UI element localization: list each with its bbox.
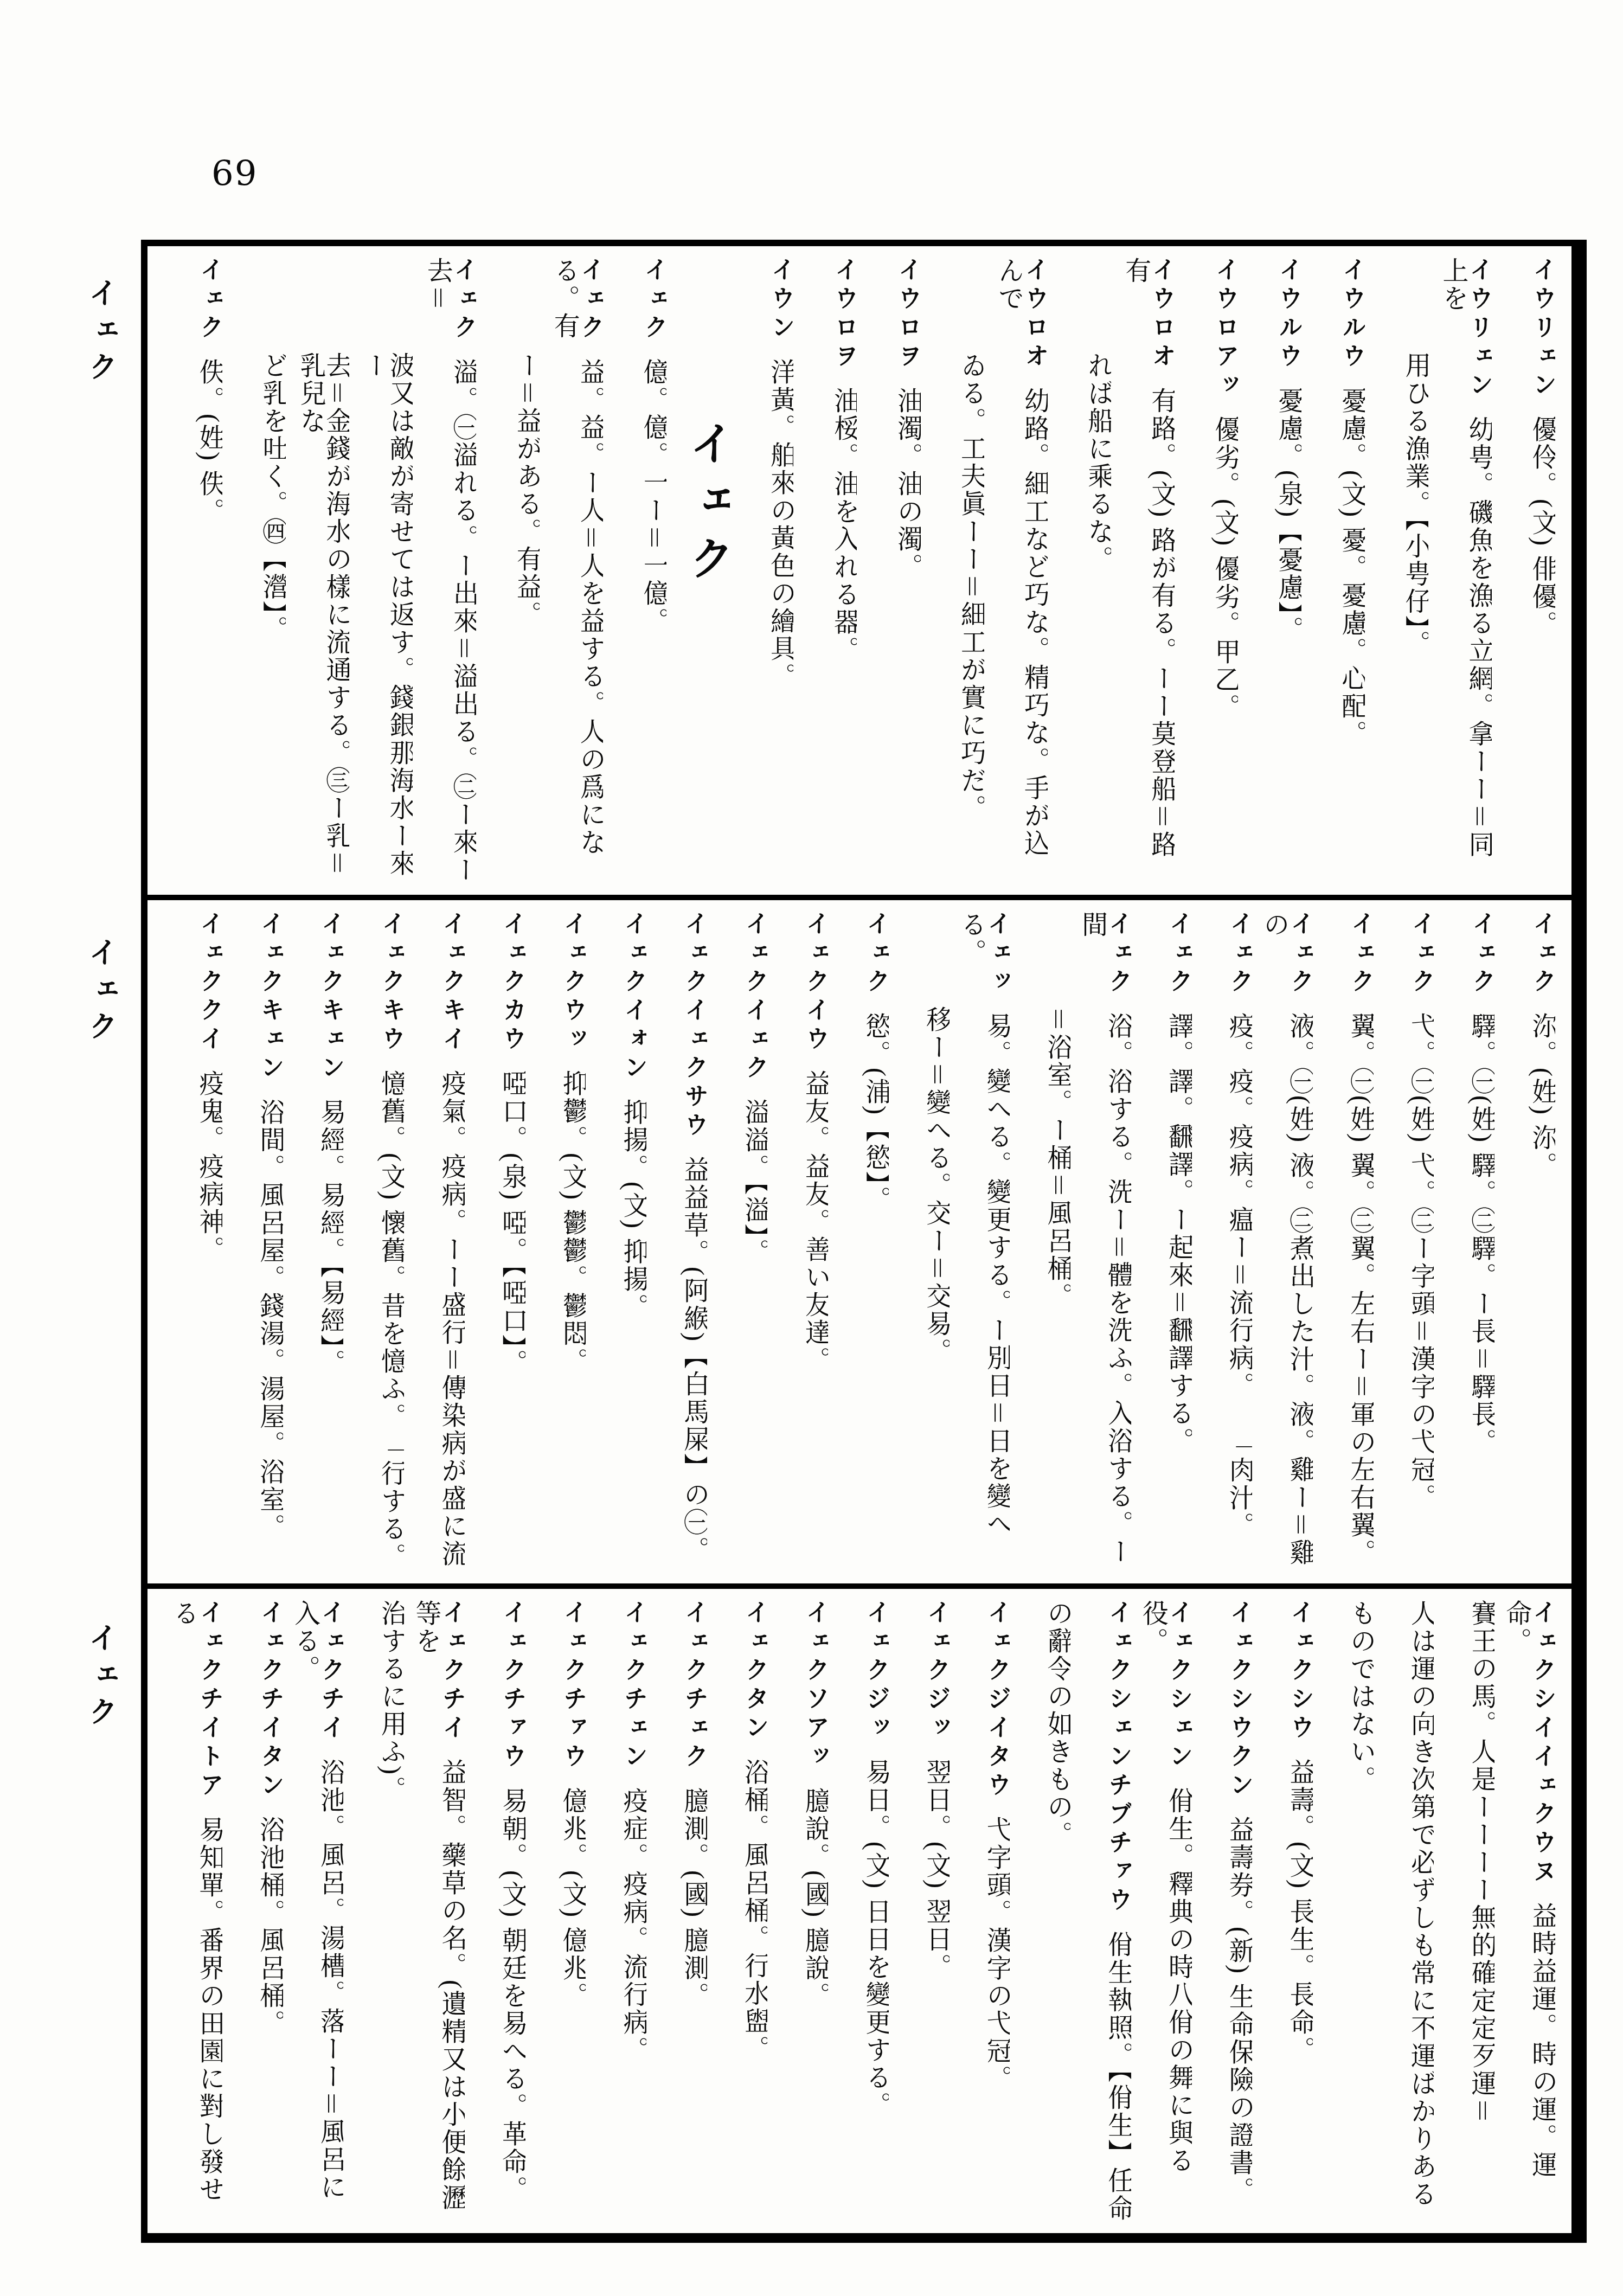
dictionary-column: イウリェン優伶。(文) 俳優。: [1497, 257, 1555, 884]
entry-body: 益壽券。(新) 生命保險の證書。: [1225, 1816, 1252, 2204]
dictionary-column: イェクウッ抑鬱。(文) 鬱鬱。鬱悶。: [527, 911, 586, 1573]
dictionary-column: イェクチァウ易朝。(文) 朝廷を易へる。革命。: [467, 1600, 525, 2222]
entry-headword: イェクイウ: [803, 911, 827, 1055]
band-top: イウリェン優伶。(文) 俳優。イウリェン幼甹。磯魚を漁る立網。拿ーー＝同上を用ひ…: [147, 246, 1571, 895]
dictionary-column: イウリェン幼甹。磯魚を漁る立網。拿ーー＝同上を: [1433, 257, 1492, 884]
dictionary-page: 69 イェク イェク イェク イウリェン優伶。(文) 俳優。イウリェン幼甹。磯魚…: [0, 0, 1623, 2296]
entry-headword: イェクキイ: [440, 911, 464, 1055]
entry-headword: イウロヲ: [832, 257, 856, 372]
dictionary-column: イェクキェン易經。易經。【易經】。: [285, 911, 343, 1573]
dictionary-column: イェク弋。㊀(姓) 弋。㊁ー字頭＝漢字の弋冠。: [1375, 911, 1434, 1573]
entry-headword: イェクチェン: [621, 1600, 645, 1772]
entry-headword: イェクシェンチブチァウ: [1106, 1600, 1130, 1916]
entry-body: 浴間。風呂屋。錢湯。湯屋。浴室。: [256, 1099, 283, 1541]
dictionary-column: ゐる。工夫眞ーー＝細工が實に巧だ。: [926, 257, 984, 884]
entry-headword: イェクキウ: [379, 911, 403, 1055]
entry-body: 油濁。油の濁。: [894, 387, 921, 581]
entry-body: 用ひる漁業。【小甹仔】。: [1401, 352, 1428, 658]
entry-headword: イウロアッ: [1213, 257, 1237, 401]
dictionary-column: イェクチァウ億兆。(文) 億兆。: [527, 1600, 586, 2222]
entry-body: 易。變へる。變更する。ー別日＝日を變へる。: [957, 911, 1010, 1538]
entry-headword: イェッ: [985, 911, 1009, 997]
dictionary-column: イウロアッ優劣。(文) 優劣。甲乙。: [1179, 257, 1238, 884]
dictionary-column: 賽王の馬。人是ーーーー無的確定定歹運＝: [1436, 1600, 1494, 2222]
dictionary-column: イウロオ幼路。細工など巧な。精巧な。手が込んで: [989, 257, 1048, 884]
dictionary-column: イェクキェン浴間。風呂屋。錢湯。湯屋。浴室。: [224, 911, 283, 1573]
entry-headword: イェク: [684, 420, 730, 592]
entry-body: 優伶。(文) 俳優。: [1528, 416, 1555, 638]
section-header-column: イェク: [671, 257, 730, 884]
entry-headword: イェクチイトア: [197, 1600, 221, 1801]
entry-headword: イェクタン: [742, 1600, 766, 1743]
dictionary-column: イェクチイ益智。藥草の名。(遺精又は小便餘瀝等を: [406, 1600, 465, 2222]
dictionary-column: イェクイウ益友。益友。善い友達。: [769, 911, 828, 1573]
entry-body: 佾生執照。【佾生】任命: [1104, 1931, 1131, 2222]
entry-body: 憂慮。(泉)【憂慮】。: [1274, 387, 1301, 644]
entry-body: 優劣。(文) 優劣。甲乙。: [1211, 416, 1238, 721]
entry-body: ゐる。工夫眞ーー＝細工が實に巧だ。: [957, 352, 984, 822]
entry-body: 浴池桶。風呂桶。: [256, 1816, 283, 2037]
dictionary-column: イェクカウ啞口。(泉) 啞。【啞口】。: [467, 911, 525, 1573]
dictionary-column: イェク溢。㊀溢れる。ー出來＝溢出る。㊁ー來ー去＝: [418, 257, 476, 884]
entry-body: 賽王の馬。人是ーーーー無的確定定歹運＝: [1467, 1600, 1494, 2125]
entry-body: 憂慮。(文) 憂。憂慮。心配。: [1338, 387, 1365, 748]
entry-headword: イェクジッ: [864, 1600, 888, 1743]
entry-headword: イェクシイイェクウヌ: [1530, 1600, 1554, 1887]
dictionary-column: 波又は敵が寄せては返す。錢銀那海水ー來ー: [354, 257, 413, 884]
entry-body: 億。億。一ー＝一億。: [639, 358, 666, 635]
dictionary-column: イェク翼。㊀(姓) 翼。㊁翼。左右ー＝軍の左右翼。: [1315, 911, 1374, 1573]
entry-body: 翼。㊀(姓) 翼。㊁翼。左右ー＝軍の左右翼。: [1346, 1012, 1374, 1567]
dictionary-column: イウロヲ油桵。油を入れる器。: [798, 257, 857, 884]
margin-tab-label: イェク: [80, 1622, 122, 1733]
dictionary-column: イェクタン浴桶。風呂桶。行水盥。: [709, 1600, 767, 2222]
entry-body: ものではない。: [1346, 1600, 1374, 1793]
dictionary-column: イェクシェン佾生。釋典の時八佾の舞に與る役。: [1133, 1600, 1192, 2222]
band-divider: [147, 895, 1571, 900]
entry-body: 益。益。ー人＝人を益する。人の爲になる。有: [550, 257, 603, 856]
entry-headword: イェクジイタウ: [985, 1600, 1009, 1801]
entry-body: の辭令の如きもの。: [1043, 1600, 1070, 1849]
dictionary-column: イェク驛。㊀(姓) 驛。㊁驛。ー長＝驛長。: [1436, 911, 1494, 1573]
margin-tab-label: イェク: [80, 937, 122, 1048]
entry-body: 疫鬼。疫病神。: [195, 1070, 222, 1264]
dictionary-column: イェクジッ易日。(文) 日日を變更する。: [830, 1600, 889, 2222]
entry-body: 洋黃。舶來の黃色の繪具。: [766, 358, 793, 690]
entry-headword: イウロオ: [1023, 257, 1047, 372]
entry-headword: イェク: [1349, 911, 1372, 997]
entry-headword: イェクイォン: [621, 911, 645, 1083]
entry-headword: イウルウ: [1276, 257, 1300, 372]
dictionary-column: イウルウ憂慮。(泉)【憂慮】。: [1243, 257, 1301, 884]
entry-body: 翌日。(文) 翌日。: [922, 1759, 950, 1981]
entry-body: 沵。(姓) 沵。: [1528, 1012, 1555, 1179]
entry-headword: イェクイェクサウ: [682, 911, 706, 1141]
entry-body: 弋字頭。漢字の弋冠。: [983, 1816, 1010, 2093]
entry-headword: イェクシウクン: [1227, 1600, 1251, 1801]
dictionary-column: イェクチェク臆測。(國) 臆測。: [649, 1600, 707, 2222]
dictionary-column: イェッ易。變へる。變更する。ー別日＝日を變へる。: [951, 911, 1010, 1573]
dictionary-column: イェク億。億。一ー＝一億。: [608, 257, 666, 884]
dictionary-column: イェク疫。疫。疫病。瘟ー＝流行病。 「肉汁。: [1194, 911, 1252, 1573]
dictionary-column: イェク譯。譯。飜譯。ー起來＝飜譯する。: [1133, 911, 1192, 1573]
entry-body: 易經。易經。【易經】。: [316, 1099, 343, 1377]
dictionary-column: 治するに用ふ)。: [345, 1600, 404, 2222]
dictionary-column: 用ひる漁業。【小甹仔】。: [1370, 257, 1428, 884]
entry-headword: イェクキェン: [258, 911, 282, 1083]
dictionary-column: の辭令の如きもの。: [1012, 1600, 1070, 2222]
entry-headword: イェク: [1227, 911, 1251, 997]
dictionary-column: イェククイ疫鬼。疫病神。: [164, 911, 222, 1573]
entry-body: ー＝益がある。有益。: [512, 352, 540, 628]
dictionary-column: イェクシウクン益壽券。(新) 生命保險の證書。: [1194, 1600, 1252, 2222]
dictionary-column: ー＝益がある。有益。: [481, 257, 540, 884]
entry-body: 弋。㊀(姓) 弋。㊁ー字頭＝漢字の弋冠。: [1407, 1012, 1434, 1511]
dictionary-column: イェクチイタン浴池桶。風呂桶。: [224, 1600, 283, 2222]
entry-headword: イェクジッ: [925, 1600, 948, 1743]
entry-body: 去＝金錢が海水の樣に流通する。㊂ー乳＝乳兒な: [296, 352, 349, 877]
dictionary-column: イェク浴。浴する。洗ー＝體を洗ふ。入浴する。ー間: [1073, 911, 1131, 1573]
dictionary-column: イェク佚。(姓) 佚。: [164, 257, 222, 884]
entry-body: 液。㊀(姓) 液。㊁煮出した汁。液。雞ー＝雞の: [1260, 911, 1313, 1567]
entry-body: 益益草。(阿緱)【白馬屎】の㊀。: [680, 1156, 707, 1564]
entry-body: 慾。(浦)【慾】。: [862, 1012, 889, 1214]
dictionary-column: れば船に乘るな。: [1053, 257, 1111, 884]
entry-headword: イウルウ: [1340, 257, 1364, 372]
entry-headword: イェク: [1106, 911, 1130, 997]
entry-headword: イェク: [1530, 911, 1554, 997]
entry-body: 治するに用ふ)。: [377, 1600, 404, 1804]
entry-headword: イェク: [1288, 911, 1312, 997]
entry-body: 抑鬱。(文) 鬱鬱。鬱悶。: [559, 1070, 586, 1375]
entry-headword: イェクウッ: [561, 911, 585, 1055]
entry-body: 抑揚。(文) 抑揚。: [619, 1099, 646, 1321]
dictionary-column: イェクシェンチブチァウ佾生執照。【佾生】任命: [1073, 1600, 1131, 2222]
band-middle: イェク沵。(姓) 沵。イェク驛。㊀(姓) 驛。㊁驛。ー長＝驛長。イェク弋。㊀(姓…: [147, 900, 1571, 1583]
dictionary-column: イウン洋黃。舶來の黃色の繪具。: [735, 257, 793, 884]
entry-headword: イェクカウ: [501, 911, 524, 1055]
entry-headword: イェクチェク: [682, 1600, 706, 1772]
dictionary-column: 人は運の向き次第で必ずしも常に不運ばかりある: [1375, 1600, 1434, 2222]
entry-headword: イェク: [641, 257, 665, 343]
entry-headword: イェク: [578, 257, 602, 343]
entry-body: ど乳を吐く。㊃【瀯】。: [259, 352, 286, 643]
dictionary-column: ど乳を吐く。㊃【瀯】。: [227, 257, 286, 884]
dictionary-column: イウロオ有路。(文) 路が有る。ーー莫登船＝路有: [1116, 257, 1175, 884]
dictionary-column: イェクイェクサウ益益草。(阿緱)【白馬屎】の㊀。: [649, 911, 707, 1573]
dictionary-column: イウルウ憂慮。(文) 憂。憂慮。心配。: [1306, 257, 1365, 884]
entry-body: れば船に乘るな。: [1084, 352, 1111, 573]
entry-body: 浴。浴する。洗ー＝體を洗ふ。入浴する。ー間: [1078, 911, 1131, 1566]
entry-body: 浴桶。風呂桶。行水盥。: [740, 1759, 767, 2063]
entry-headword: イェク: [864, 911, 888, 997]
entry-headword: イウン: [768, 257, 792, 343]
entry-headword: イウリェン: [1530, 257, 1554, 401]
entry-body: 波又は敵が寄せては返す。錢銀那海水ー來ー: [360, 352, 413, 877]
entry-body: 啞口。(泉) 啞。【啞口】。: [498, 1070, 525, 1377]
band-divider: [147, 1583, 1571, 1589]
dictionary-column: イェク沵。(姓) 沵。: [1497, 911, 1555, 1573]
dictionary-column: イェク慾。(浦)【慾】。: [830, 911, 889, 1573]
entry-body: 易朝。(文) 朝廷を易へる。革命。: [498, 1787, 525, 2203]
page-frame: イウリェン優伶。(文) 俳優。イウリェン幼甹。磯魚を漁る立網。拿ーー＝同上を用ひ…: [141, 240, 1587, 2243]
dictionary-column: ものではない。: [1315, 1600, 1374, 2222]
page-number: 69: [211, 154, 258, 194]
entry-headword: イウロオ: [1150, 257, 1173, 372]
entry-headword: イェク: [1409, 911, 1433, 997]
dictionary-column: イェクチイトア易知單。番界の田園に對し發せる: [164, 1600, 222, 2222]
entry-headword: イェクシウ: [1288, 1600, 1312, 1743]
entry-body: 疫症。疫病。流行病。: [619, 1787, 646, 2064]
margin-tab-label: イェク: [80, 278, 122, 388]
entry-body: 人は運の向き次第で必ずしも常に不運ばかりある: [1407, 1600, 1434, 2208]
entry-body: 益壽。(文) 長生。長命。: [1286, 1759, 1313, 2064]
entry-body: 疫。疫。疫病。瘟ー＝流行病。 「肉汁。: [1225, 1012, 1252, 1540]
dictionary-column: イェクジッ翌日。(文) 翌日。: [891, 1600, 950, 2222]
dictionary-column: イェクシイイェクウヌ益時益運。時の運。運命。: [1497, 1600, 1555, 2222]
entry-body: 臆測。(國) 臆測。: [680, 1787, 707, 2010]
dictionary-column: イェクイォン抑揚。(文) 抑揚。: [588, 911, 646, 1573]
dictionary-column: 去＝金錢が海水の樣に流通する。㊂ー乳＝乳兒な: [291, 257, 349, 884]
entry-body: 佚。(姓) 佚。: [195, 358, 222, 525]
dictionary-column: イェク液。㊀(姓) 液。㊁煮出した汁。液。雞ー＝雞の: [1254, 911, 1313, 1573]
entry-headword: イェククイ: [197, 911, 221, 1055]
dictionary-column: イェクソアッ臆說。(國) 臆說。: [769, 1600, 828, 2222]
entry-body: 易日。(文) 日日を變更する。: [862, 1759, 889, 2119]
entry-body: 移ー＝變へる。交ー＝交易。: [922, 1006, 950, 1365]
entry-body: 臆說。(國) 臆說。: [801, 1787, 828, 2010]
dictionary-column: イェクチイ浴池。風呂。湯槽。落ーー＝風呂に入る。: [285, 1600, 343, 2222]
entry-body: 驛。㊀(姓) 驛。㊁驛。ー長＝驛長。: [1467, 1012, 1494, 1456]
entry-headword: イェクチァウ: [501, 1600, 524, 1772]
entry-headword: イェクイェク: [742, 911, 766, 1083]
entry-body: 億兆。(文) 億兆。: [559, 1787, 586, 2010]
entry-headword: イェク: [197, 257, 221, 343]
band-bottom: イェクシイイェクウヌ益時益運。時の運。運命。賽王の馬。人是ーーーー無的確定定歹運…: [147, 1589, 1571, 2233]
dictionary-column: イェクキイ疫氣。疫病。ーー盛行＝傳染病が盛に流: [406, 911, 465, 1573]
entry-headword: イェク: [1167, 911, 1191, 997]
entry-headword: イェクキェン: [318, 911, 342, 1083]
entry-body: 譯。譯。飜譯。ー起來＝飜譯する。: [1165, 1012, 1192, 1455]
dictionary-column: イェク益。益。ー人＝人を益する。人の爲になる。有: [544, 257, 603, 884]
entry-headword: イェク: [451, 257, 475, 343]
entry-headword: イェクソアッ: [803, 1600, 827, 1772]
entry-headword: イェクチイ: [440, 1600, 464, 1743]
entry-body: 疫氣。疫病。ーー盛行＝傳染病が盛に流: [438, 1070, 465, 1568]
entry-body: 溢。㊀溢れる。ー出來＝溢出る。㊁ー來ー去＝: [423, 257, 476, 884]
entry-headword: イェクチァウ: [561, 1600, 585, 1772]
dictionary-column: イェクジイタウ弋字頭。漢字の弋冠。: [951, 1600, 1010, 2222]
dictionary-column: イェクイェク溢溢。【溢】。: [709, 911, 767, 1573]
entry-body: 油桵。油を入れる器。: [830, 387, 857, 664]
entry-headword: イェクチイ: [318, 1600, 342, 1743]
dictionary-column: イェクシウ益壽。(文) 長生。長命。: [1254, 1600, 1313, 2222]
dictionary-column: イェクチェン疫症。疫病。流行病。: [588, 1600, 646, 2222]
dictionary-column: イウロヲ油濁。油の濁。: [862, 257, 921, 884]
entry-headword: イェク: [1470, 911, 1493, 997]
entry-headword: イウリェン: [1467, 257, 1491, 401]
entry-headword: イェクチイタン: [258, 1600, 282, 1801]
dictionary-column: イェクキウ憶舊。(文) 懷舊。昔を憶ふ。 「行する。: [345, 911, 404, 1573]
dictionary-column: 移ー＝變へる。交ー＝交易。: [891, 911, 950, 1573]
entry-body: 憶舊。(文) 懷舊。昔を憶ふ。 「行する。: [377, 1070, 404, 1570]
entry-body: 溢溢。【溢】。: [740, 1099, 767, 1266]
dictionary-column: ＝浴室。ー桶＝風呂桶。: [1012, 911, 1070, 1573]
entry-headword: イェクシェン: [1167, 1600, 1191, 1772]
entry-body: 益友。益友。善い友達。: [801, 1070, 828, 1374]
entry-headword: イウロヲ: [896, 257, 920, 372]
entry-body: ＝浴室。ー桶＝風呂桶。: [1043, 1006, 1070, 1310]
